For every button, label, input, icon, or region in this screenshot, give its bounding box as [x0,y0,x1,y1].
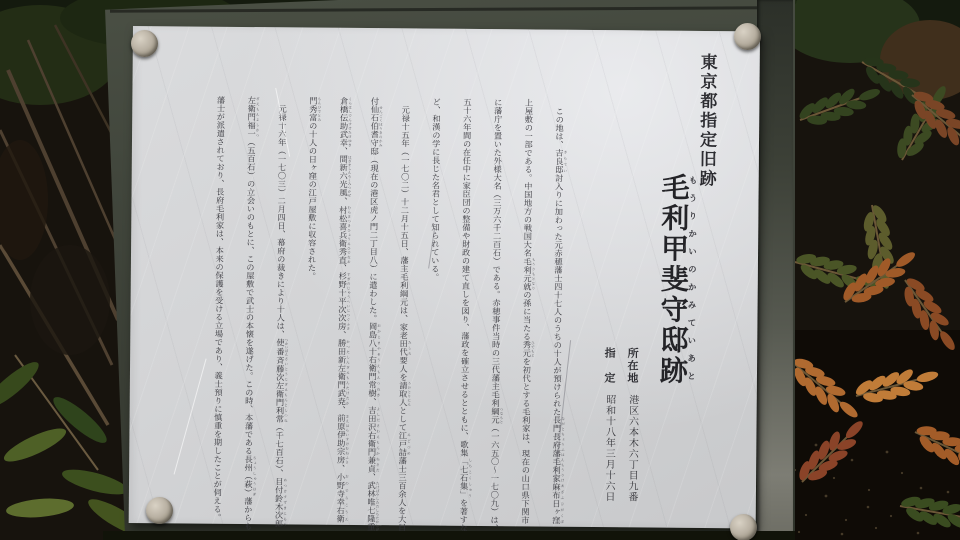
body-column: 五十六年間の在任中に家臣団の整備や財政の建て直しを図り、藩政を確立させるとともに… [457,98,476,532]
body-column: 藩士が派遣されており、長府毛利家は、本来の保護を受ける立場であり、義士預りに慎重… [211,96,227,522]
photo-of-historic-marker: 東京都指定旧跡 毛利甲斐守邸跡もうりかいのかみていあと 所在地 港区六本木六丁目… [0,0,960,540]
sign-panel: 東京都指定旧跡 毛利甲斐守邸跡もうりかいのかみていあと 所在地 港区六本木六丁目… [129,26,760,528]
screw-bottom-left [146,497,173,524]
screw-bottom-right [730,514,757,540]
board-bottom-edge [103,531,795,540]
body-column: 門秀富もんひでとみの十人の日ヶ窪の江戸屋敷に収容された。 [305,97,322,281]
body-column: 倉橋伝助武幸くらはしでんすけたけゆき、間新六光風はざましんろくみつかぜ、村松喜兵… [334,97,353,523]
screw-top-right [734,23,761,50]
screw-top-left [131,30,158,57]
body-text: この地は、吉良邸きらてい討入りに加わった元赤穂藩士四十七人のうちの十人が預けられ… [129,26,760,528]
body-column: 元禄十六年（一七〇三）二月四日、幕府の裁きにより十人は、使番つかいばん斉藤次左衛… [272,96,291,527]
body-column: この地は、吉良邸きらてい討入りに加わった元赤穂藩士四十七人のうちの十人が預けられ… [550,99,569,525]
board-right-edge [757,0,793,540]
body-column: 左衛門福一ざえもんよしかつ（五百石）の立会いのもとに、この屋敷で武士の本懐を遂げ… [242,96,261,530]
body-column: 元禄十五年（一七〇二）十二月十五日、藩主毛利綱元は、家老田代たしろ要人を請取人う… [396,97,415,531]
body-column: に藩庁を置いた外様大名（三万六千二百石）である。赤穂事件当時の三代藩主毛利綱元つ… [488,98,507,532]
body-column: 付仙石伯耆守せんごくほうきのかみ邸（現在の港区虎ノ門二丁目八）に遣わした。岡島八… [365,97,384,540]
body-column: 上屋敷の一部である。中国地方の戦国大名毛利元就もうりもとなりの孫に当たる秀元ひで… [519,98,538,524]
